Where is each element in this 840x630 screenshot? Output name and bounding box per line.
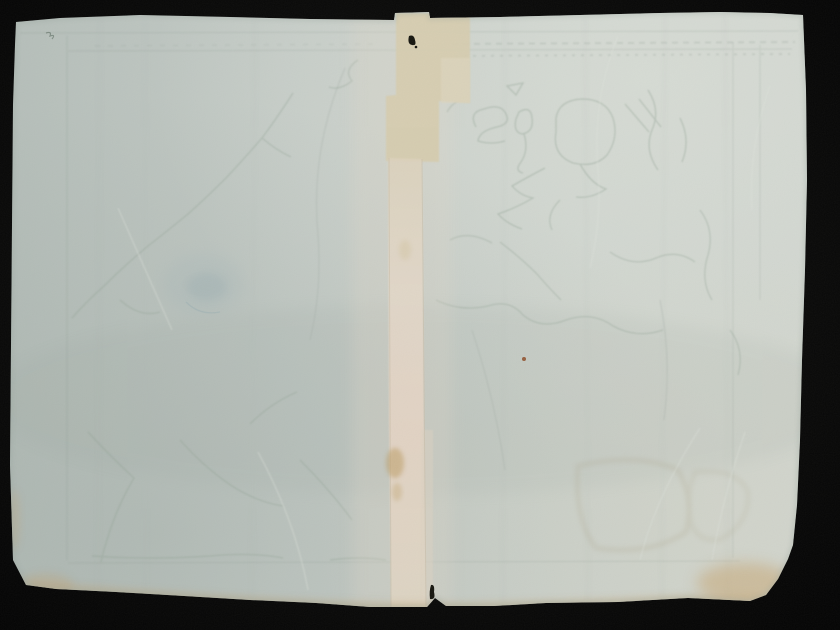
photograph-of-map-verso xyxy=(0,0,840,630)
photo-grain-overlay xyxy=(0,0,840,630)
photo-canvas xyxy=(0,0,840,630)
